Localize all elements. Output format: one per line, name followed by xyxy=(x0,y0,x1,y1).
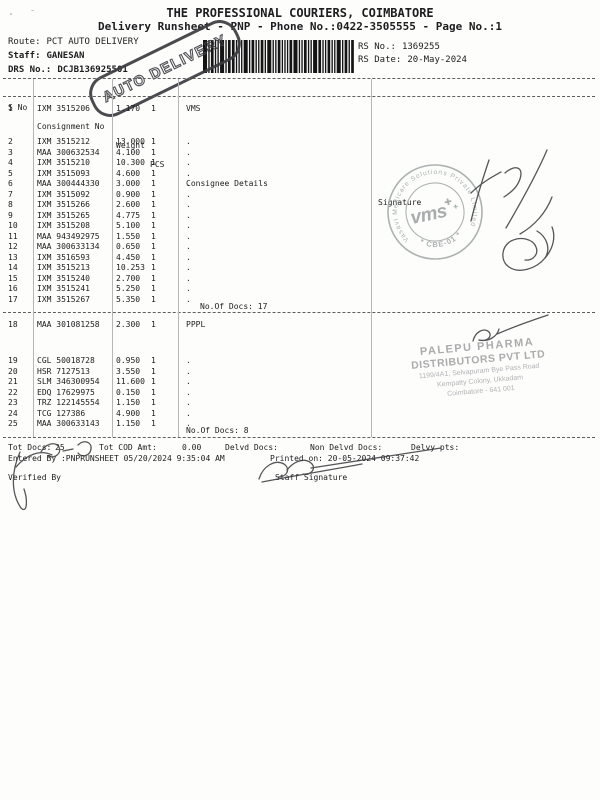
cell-consignee: . xyxy=(186,242,191,253)
cell-pcs: 1 xyxy=(151,409,156,420)
cell-consignee: . xyxy=(186,200,191,211)
cell-consignment: HSR 7127513 xyxy=(37,367,90,378)
route-line: Route: PCT AUTO DELIVERY xyxy=(8,37,139,47)
cell-pcs: 1 xyxy=(151,274,156,285)
cell-weight: 1.150 xyxy=(116,398,140,409)
cell-consignee: . xyxy=(186,367,191,378)
cell-sno: 14 xyxy=(8,263,18,274)
table-row: 10IXM 35152085.1001. xyxy=(0,221,600,232)
cell-pcs: 1 xyxy=(151,200,156,211)
cell-weight: 5.250 xyxy=(116,284,140,295)
table-row: 25MAA 3006331431.1501. xyxy=(0,419,600,430)
cell-pcs: 1 xyxy=(151,263,156,274)
cell-weight: 10.253 xyxy=(116,263,145,274)
staff-signature-label: Staff Signature xyxy=(275,473,347,482)
cell-sno: 7 xyxy=(8,190,13,201)
cell-weight: 2.700 xyxy=(116,274,140,285)
staff-line: Staff: GANESAN xyxy=(8,51,84,61)
cell-weight: 1.170 xyxy=(116,104,140,115)
cell-consignee: . xyxy=(186,263,191,274)
header-consignment: Consignment No xyxy=(37,122,104,131)
cell-consignee: . xyxy=(186,295,191,306)
cell-pcs: 1 xyxy=(151,398,156,409)
vms-plus-icon: ✚ xyxy=(452,201,459,211)
cell-consignment: IXM 3515092 xyxy=(37,190,90,201)
rs-date-label: RS Date: xyxy=(358,55,401,65)
cell-consignment: IXM 3515241 xyxy=(37,284,90,295)
cell-consignee: . xyxy=(186,148,191,159)
cell-sno: 13 xyxy=(8,253,18,264)
cell-consignee: . xyxy=(186,377,191,388)
table-row: 2IXM 351521213.0001. xyxy=(0,137,600,148)
cell-consignee: . xyxy=(186,284,191,295)
cell-weight: 1.150 xyxy=(116,419,140,430)
verified-by-label: Verified By xyxy=(8,473,61,482)
cell-consignment: MAA 300633134 xyxy=(37,242,100,253)
table-row: 8IXM 35152662.6001. xyxy=(0,200,600,211)
vms-round-stamp: Vasavi Medicare Solutions Private Limite… xyxy=(374,151,496,273)
non-delvd-label: Non Delvd Docs: xyxy=(310,443,382,452)
tot-cod-label: Tot COD Amt: xyxy=(99,443,157,452)
table-row: 23TRZ 1221455541.1501. xyxy=(0,398,600,409)
cell-consignment: MAA 300632534 xyxy=(37,148,100,159)
cell-pcs: 1 xyxy=(151,377,156,388)
cell-consignee: PPPL xyxy=(186,320,205,331)
tot-docs-value: 25 xyxy=(55,443,65,452)
cell-weight: 10.300 xyxy=(116,158,145,169)
cell-pcs: 1 xyxy=(151,169,156,180)
table-row: 12MAA 3006331340.6501. xyxy=(0,242,600,253)
cell-weight: 4.900 xyxy=(116,409,140,420)
table-row: 11MAA 9434929751.5501. xyxy=(0,232,600,243)
delvd-label: Delvd Docs: xyxy=(225,443,278,452)
cell-weight: 11.600 xyxy=(116,377,145,388)
cell-pcs: 1 xyxy=(151,137,156,148)
cell-consignment: IXM 3515240 xyxy=(37,274,90,285)
cell-sno: 16 xyxy=(8,284,18,295)
cell-sno: 23 xyxy=(8,398,18,409)
cell-pcs: 1 xyxy=(151,419,156,430)
cell-consignment: IXM 3515265 xyxy=(37,211,90,222)
cell-pcs: 1 xyxy=(151,367,156,378)
cell-sno: 18 xyxy=(8,320,18,331)
table-row: 17IXM 35152675.3501. xyxy=(0,295,600,306)
cell-sno: 22 xyxy=(8,388,18,399)
table-row: 4IXM 351521010.3001. xyxy=(0,158,600,169)
cell-pcs: 1 xyxy=(151,356,156,367)
vms-branch-text: * CBE-01 * xyxy=(417,229,465,254)
table-row: 13IXM 35165934.4501. xyxy=(0,253,600,264)
cell-weight: 4.775 xyxy=(116,211,140,222)
page-title: THE PROFESSIONAL COURIERS, COIMBATORE xyxy=(0,6,600,20)
cell-consignment: EDQ 17629975 xyxy=(37,388,95,399)
cell-weight: 2.300 xyxy=(116,320,140,331)
cell-consignment: IXM 3515267 xyxy=(37,295,90,306)
cell-sno: 6 xyxy=(8,179,13,190)
cell-consignment: MAA 300633143 xyxy=(37,419,100,430)
cell-sno: 8 xyxy=(8,200,13,211)
cell-consignment: IXM 3515212 xyxy=(37,137,90,148)
cell-pcs: 1 xyxy=(151,104,156,115)
cell-sno: 5 xyxy=(8,169,13,180)
cell-sno: 12 xyxy=(8,242,18,253)
cell-pcs: 1 xyxy=(151,242,156,253)
cell-pcs: 1 xyxy=(151,232,156,243)
route-label: Route: xyxy=(8,37,41,47)
entered-by-line: Entered By :PNPRUNSHEET 05/20/2024 9:35:… xyxy=(8,454,225,463)
rs-date-value: 20-May-2024 xyxy=(407,55,467,65)
cell-weight: 1.550 xyxy=(116,232,140,243)
cell-sno: 21 xyxy=(8,377,18,388)
table-row: 7IXM 35150920.9001. xyxy=(0,190,600,201)
table-row: 3MAA 3006325344.1001. xyxy=(0,148,600,159)
divider xyxy=(3,312,595,313)
cell-pcs: 1 xyxy=(151,253,156,264)
cell-consignment: MAA 300444330 xyxy=(37,179,100,190)
cell-consignment: IXM 3515093 xyxy=(37,169,90,180)
cell-weight: 4.450 xyxy=(116,253,140,264)
cell-sno: 9 xyxy=(8,211,13,222)
cell-consignment: MAA 943492975 xyxy=(37,232,100,243)
cell-pcs: 1 xyxy=(151,320,156,331)
divider xyxy=(3,78,595,79)
cell-sno: 1 xyxy=(8,104,13,115)
table-row: 15IXM 35152402.7001. xyxy=(0,274,600,285)
cell-weight: 3.550 xyxy=(116,367,140,378)
staff-value: GANESAN xyxy=(47,51,85,61)
cell-pcs: 1 xyxy=(151,158,156,169)
cell-sno: 10 xyxy=(8,221,18,232)
cell-consignment: TCG 127386 xyxy=(37,409,85,420)
cell-pcs: 1 xyxy=(151,221,156,232)
cell-consignee: . xyxy=(186,398,191,409)
cell-sno: 11 xyxy=(8,232,18,243)
svg-text:* CBE-01 *: * CBE-01 * xyxy=(417,229,465,254)
cell-consignment: IXM 3515213 xyxy=(37,263,90,274)
cell-consignee: . xyxy=(186,190,191,201)
delvy-pts-label: Delvy pts: xyxy=(411,443,459,452)
vms-logo-text: vms xyxy=(409,201,449,229)
cell-pcs: 1 xyxy=(151,179,156,190)
cell-sno: 17 xyxy=(8,295,18,306)
cell-pcs: 1 xyxy=(151,295,156,306)
cell-consignee: . xyxy=(186,137,191,148)
cell-consignment: TRZ 122145554 xyxy=(37,398,100,409)
cell-sno: 25 xyxy=(8,419,18,430)
divider xyxy=(3,437,595,438)
cell-consignee: . xyxy=(186,179,191,190)
cell-sno: 19 xyxy=(8,356,18,367)
cell-consignee: . xyxy=(186,169,191,180)
table-row: 9IXM 35152654.7751. xyxy=(0,211,600,222)
cell-consignee: . xyxy=(186,221,191,232)
table-row: 24TCG 1273864.9001. xyxy=(0,409,600,420)
cell-consignee: VMS xyxy=(186,104,200,115)
cell-consignment: MAA 301081258 xyxy=(37,320,100,331)
tot-docs-label: Tot Docs: xyxy=(8,443,51,452)
table-row: 16IXM 35152415.2501. xyxy=(0,284,600,295)
cell-weight: 4.600 xyxy=(116,169,140,180)
page-subtitle: Delivery Runsheet - PNP - Phone No.:0422… xyxy=(0,20,600,33)
cell-consignment: IXM 3515266 xyxy=(37,200,90,211)
tot-cod-value: 0.00 xyxy=(182,443,201,452)
printed-on-line: Printed on: 20-05-2024 09:37:42 xyxy=(270,454,419,463)
cell-consignment: IXM 3516593 xyxy=(37,253,90,264)
cell-consignment: CGL 50018728 xyxy=(37,356,95,367)
cell-consignment: IXM 3515208 xyxy=(37,221,90,232)
table-row: 14IXM 351521310.2531. xyxy=(0,263,600,274)
rs-no-line: RS No.: 1369255 xyxy=(358,42,440,52)
cell-consignee: . xyxy=(186,253,191,264)
cell-consignment: SLM 346300954 xyxy=(37,377,100,388)
route-value: PCT AUTO DELIVERY xyxy=(47,37,139,47)
cell-pcs: 1 xyxy=(151,190,156,201)
cell-pcs: 1 xyxy=(151,148,156,159)
rs-no-label: RS No.: xyxy=(358,42,396,52)
cell-consignee: . xyxy=(186,211,191,222)
cell-consignee: . xyxy=(186,274,191,285)
cell-weight: 13.000 xyxy=(116,137,145,148)
cell-weight: 0.650 xyxy=(116,242,140,253)
cell-consignment: IXM 3515210 xyxy=(37,158,90,169)
table-row: 18MAA 3010812582.3001PPPL xyxy=(0,320,600,331)
cell-consignee: . xyxy=(186,409,191,420)
cell-weight: 4.100 xyxy=(116,148,140,159)
cell-weight: 5.350 xyxy=(116,295,140,306)
cell-weight: 5.100 xyxy=(116,221,140,232)
cell-consignee: . xyxy=(186,388,191,399)
rs-no-value: 1369255 xyxy=(402,42,440,52)
cell-pcs: 1 xyxy=(151,388,156,399)
cell-sno: 20 xyxy=(8,367,18,378)
cell-pcs: 1 xyxy=(151,284,156,295)
cell-weight: 0.900 xyxy=(116,190,140,201)
staff-label: Staff: xyxy=(8,51,41,61)
cell-consignee: . xyxy=(186,232,191,243)
cell-sno: 2 xyxy=(8,137,13,148)
rs-date-line: RS Date: 20-May-2024 xyxy=(358,55,467,65)
runsheet-page: THE PROFESSIONAL COURIERS, COIMBATORE De… xyxy=(0,0,600,800)
cell-sno: 24 xyxy=(8,409,18,420)
table-row: 5IXM 35150934.6001. xyxy=(0,169,600,180)
cell-consignee: . xyxy=(186,158,191,169)
docs-count-note: No.Of Docs: 8 xyxy=(186,426,249,435)
drs-label: DRS No.: xyxy=(8,65,51,75)
docs-count-note: No.Of Docs: 17 xyxy=(200,302,267,311)
cell-weight: 3.000 xyxy=(116,179,140,190)
table-row: 6MAA 3004443303.0001. xyxy=(0,179,600,190)
cell-consignment: IXM 3515206 xyxy=(37,104,90,115)
cell-weight: 2.600 xyxy=(116,200,140,211)
table-row: 1IXM 35152061.1701VMS xyxy=(0,104,600,115)
cell-consignee: . xyxy=(186,356,191,367)
cell-sno: 3 xyxy=(8,148,13,159)
cell-sno: 4 xyxy=(8,158,13,169)
cell-pcs: 1 xyxy=(151,211,156,222)
cell-weight: 0.950 xyxy=(116,356,140,367)
cell-sno: 15 xyxy=(8,274,18,285)
cell-weight: 0.150 xyxy=(116,388,140,399)
